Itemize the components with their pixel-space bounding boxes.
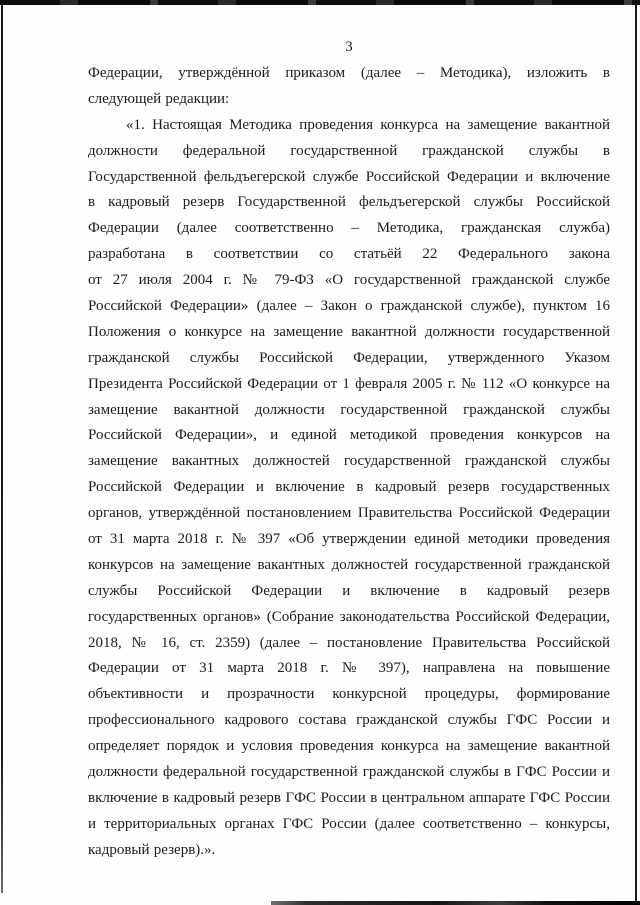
text-line: конкурсов на замещение вакантных должнос… xyxy=(88,553,610,579)
text-line: «1. Настоящая Методика проведения конкур… xyxy=(88,113,610,139)
text-line: Российской Федерации» (далее – Закон о г… xyxy=(88,294,610,320)
text-line: службы Российской Федерации и включение … xyxy=(88,579,610,605)
text-line: Федерации (далее соответственно – Методи… xyxy=(88,216,610,242)
text-line: Положения о конкурсе на замещение вакант… xyxy=(88,320,610,346)
text-line: замещение вакантной должности государств… xyxy=(88,398,610,424)
text-line: от 27 июля 2004 г. № 79-ФЗ «О государств… xyxy=(88,268,610,294)
text-line: в кадровый резерв Государственной фельдъ… xyxy=(88,190,610,216)
text-line: Федерации от 31 марта 2018 г. № 397), на… xyxy=(88,656,610,682)
document-body: Федерации, утверждённой приказом (далее … xyxy=(88,61,610,864)
scan-artifact-left-edge xyxy=(1,4,3,893)
text-line: профессионального кадрового состава граж… xyxy=(88,708,610,734)
text-line: 2018, № 16, ст. 2359) (далее – постановл… xyxy=(88,631,610,657)
text-line: включение в кадровый резерв ГФС России в… xyxy=(88,786,610,812)
text-line: Российской Федерации», и единой методико… xyxy=(88,423,610,449)
text-line: замещение вакантных должностей государст… xyxy=(88,449,610,475)
text-line: объективности и прозрачности конкурсной … xyxy=(88,682,610,708)
scan-artifact-top-edge xyxy=(0,0,640,5)
text-line: и территориальных органах ГФС России (да… xyxy=(88,812,610,838)
paragraph-1: Федерации, утверждённой приказом (далее … xyxy=(88,61,610,113)
text-line: Федерации, утверждённой приказом (далее … xyxy=(88,61,610,87)
text-line: следующей редакции: xyxy=(88,87,610,113)
scanned-document-page: 3 Федерации, утверждённой приказом (дале… xyxy=(0,0,640,905)
text-line: органов, утверждённой постановлением Пра… xyxy=(88,501,610,527)
paragraph-2: «1. Настоящая Методика проведения конкур… xyxy=(88,113,610,864)
scan-artifact-bottom-edge xyxy=(271,901,640,905)
text-line: Государственной фельдъегерской службе Ро… xyxy=(88,165,610,191)
text-line: государственных органов» (Собрание закон… xyxy=(88,605,610,631)
text-line: должности федеральной государственной гр… xyxy=(88,760,610,786)
text-line: кадровый резерв).». xyxy=(88,838,610,864)
text-line: Президента Российской Федерации от 1 фев… xyxy=(88,372,610,398)
text-line: должности федеральной государственной гр… xyxy=(88,139,610,165)
text-line: разработана в соответствии со статьёй 22… xyxy=(88,242,610,268)
text-line: от 31 марта 2018 г. № 397 «Об утверждени… xyxy=(88,527,610,553)
text-line: гражданской службы Российской Федерации,… xyxy=(88,346,610,372)
page-number: 3 xyxy=(88,37,610,57)
text-line: определяет порядок и условия проведения … xyxy=(88,734,610,760)
text-line: Российской Федерации и включение в кадро… xyxy=(88,475,610,501)
scan-artifact-right-edge xyxy=(635,4,637,903)
